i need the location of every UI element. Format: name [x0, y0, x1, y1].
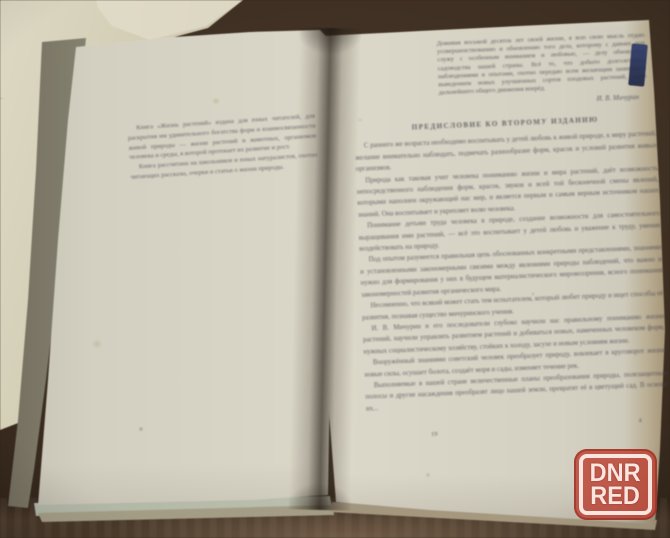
book-photo: Книга «Жизнь растений» издана для юных ч…: [0, 0, 670, 538]
photo-vignette: [0, 0, 670, 538]
watermark-line-2: RED: [590, 485, 641, 508]
photo-scene: Книга «Жизнь растений» издана для юных ч…: [0, 0, 670, 538]
watermark-text: DNR RED: [590, 462, 641, 508]
dnr-red-watermark: DNR RED: [574, 449, 657, 520]
